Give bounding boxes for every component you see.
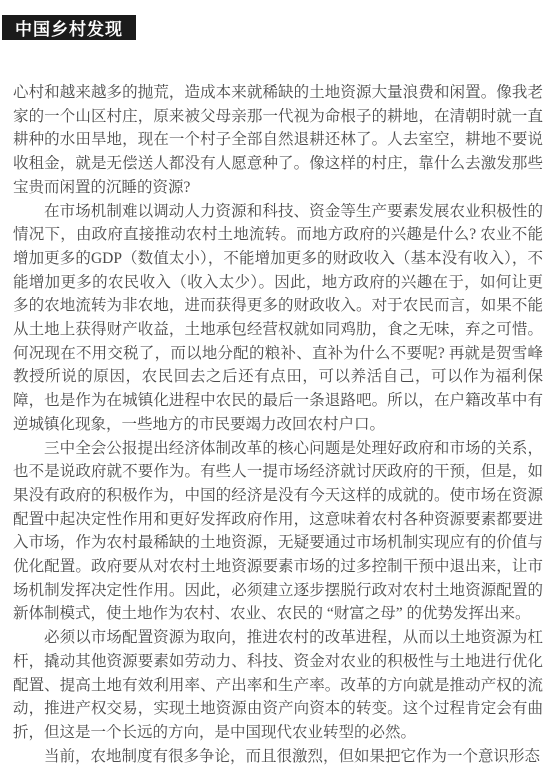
- paragraph-government-interest: 在市场机制难以调动人力资源和科技、资金等生产要素发展农业积极性的情况下，由政府直…: [13, 200, 543, 437]
- paragraph-continuation: 心村和越来越多的抛荒，造成本来就稀缺的土地资源大量浪费和闲置。像我老家的一个山区…: [13, 81, 543, 200]
- paragraph-current-debate: 当前，农地制度有很多争论，而且很激烈，但如果把它作为一个意识形态: [13, 745, 543, 769]
- article-body: 心村和越来越多的抛荒，造成本来就稀缺的土地资源大量浪费和闲置。像我老家的一个山区…: [13, 81, 543, 768]
- paragraph-plenum-reform: 三中全会公报提出经济体制改革的核心问题是处理好政府和市场的关系，也不是说政府就不…: [13, 437, 543, 627]
- paragraph-market-allocation: 必须以市场配置资源为取向，推进农村的改革进程，从而以土地资源为杠杆，撬动其他资源…: [13, 626, 543, 745]
- document-page: 中国乡村发现 心村和越来越多的抛荒，造成本来就稀缺的土地资源大量浪费和闲置。像我…: [0, 0, 556, 774]
- masthead-badge-label: 中国乡村发现: [15, 15, 123, 40]
- masthead-badge: 中国乡村发现: [2, 15, 136, 40]
